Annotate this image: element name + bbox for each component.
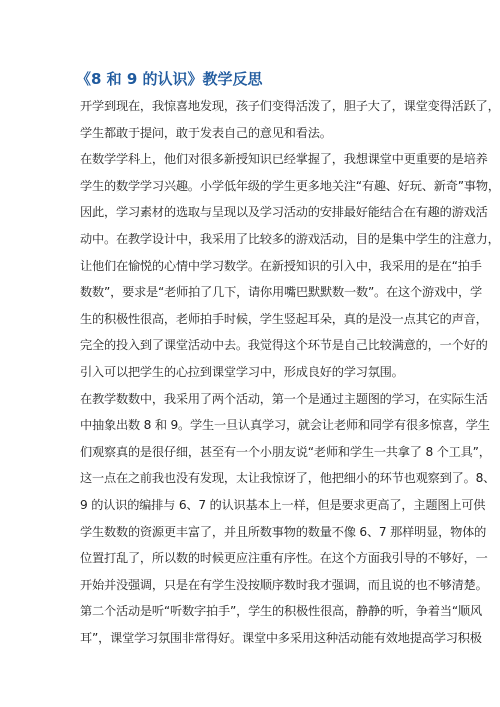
text-line: 位置打乱了，所以数的时候更应注重有序性。在这个方面我引导的不够好，一: [80, 548, 440, 575]
text-line: 中抽象出数 8 和 9。学生一旦认真学习，就会让老师和同学有很多惊喜，学生: [80, 415, 440, 442]
text-line: 数数”，要求是“老师拍了几下，请你用嘴巴默默数一数”。在这个游戏中，学: [80, 282, 440, 309]
text-line: 学生数数的资源更丰富了，并且所数事物的数量不像 6、7 那样明显，物体的: [80, 522, 440, 549]
text-line: 完全的投入到了课堂活动中去。我觉得这个环节是自己比较满意的，一个好的: [80, 335, 440, 362]
text-line: 动中。在教学设计中，我采用了比较多的游戏活动，目的是集中学生的注意力，: [80, 229, 440, 256]
text-line: 让他们在愉悦的心情中学习数学。在新授知识的引入中，我采用的是在“拍手: [80, 256, 440, 283]
text-line: 生的积极性很高，老师拍手时候，学生竖起耳朵，真的是没一点其它的声音，: [80, 309, 440, 336]
text-line: 学生的数学学习兴趣。小学低年级的学生更多地关注“有趣、好玩、新奇”事物，: [80, 176, 440, 203]
text-line: 这一点在之前我也没有发现，太让我惊讶了，他把细小的环节也观察到了。8、: [80, 468, 440, 495]
document-body: 开学到现在，我惊喜地发现，孩子们变得活泼了，胆子大了，课堂变得活跃了， 学生都敢…: [80, 96, 440, 654]
text-line: 开始并没强调，只是在有学生没按顺序数时我才强调，而且说的也不够清楚。: [80, 575, 440, 602]
text-line: 耳”，课堂学习氛围非常得好。课堂中多采用这种活动能有效地提高学习积极: [80, 628, 440, 655]
text-line: 9 的认识的编排与 6、7 的认识基本上一样，但是要求更高了，主题图上可供: [80, 495, 440, 522]
document-title: 《8 和 9 的认识》教学反思: [76, 68, 263, 89]
text-line: 在教学数数中，我采用了两个活动，第一个是通过主题图的学习，在实际生活: [80, 389, 440, 416]
text-line: 因此，学习素材的选取与呈现以及学习活动的安排最好能结合在有趣的游戏活: [80, 202, 440, 229]
document-page: 《8 和 9 的认识》教学反思 开学到现在，我惊喜地发现，孩子们变得活泼了，胆子…: [0, 0, 500, 707]
text-line: 第二个活动是听“听数字拍手”，学生的积极性很高，静静的听，争着当“顺风: [80, 601, 440, 628]
text-line: 引入可以把学生的心拉到课堂学习中，形成良好的学习氛围。: [80, 362, 440, 389]
text-line: 在数学学科上，他们对很多新授知识已经掌握了，我想课堂中更重要的是培养: [80, 149, 440, 176]
text-line: 学生都敢于提问，敢于发表自己的意见和看法。: [80, 123, 440, 150]
text-line: 开学到现在，我惊喜地发现，孩子们变得活泼了，胆子大了，课堂变得活跃了，: [80, 96, 440, 123]
text-line: 们观察真的是很仔细，甚至有一个小朋友说“老师和学生一共拿了 8 个工具”，: [80, 442, 440, 469]
